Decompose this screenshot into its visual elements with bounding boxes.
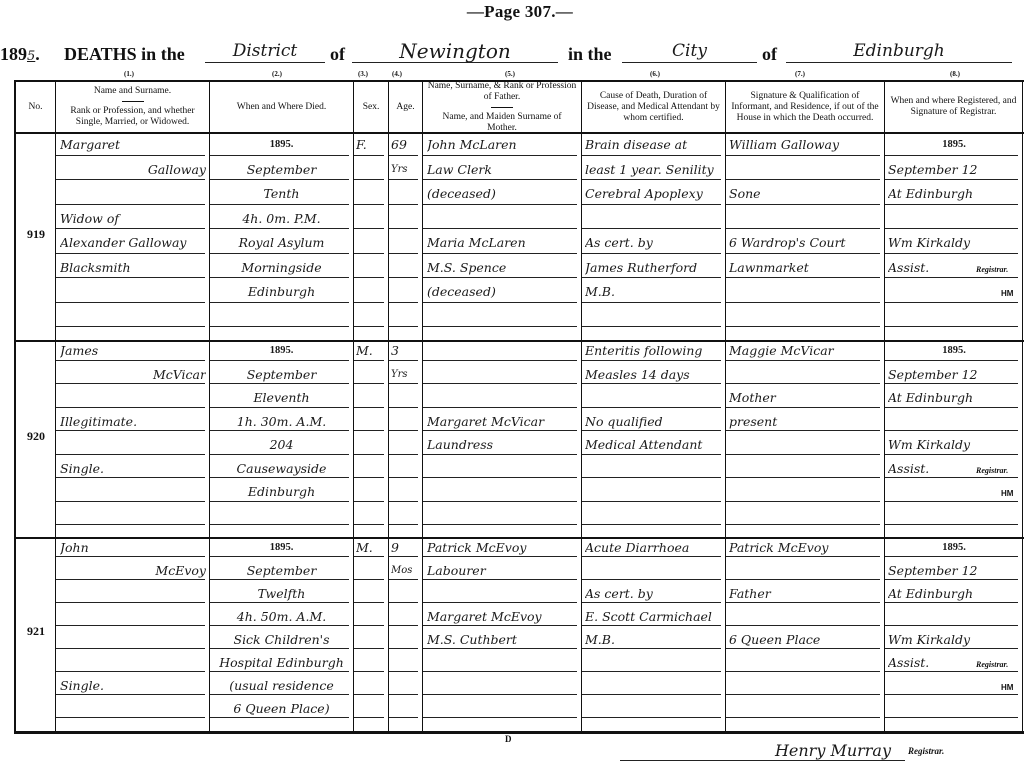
- header-cause: Cause of Death, Duration of Disease, and…: [582, 82, 725, 132]
- informant-line: 6 Wardrop's Court: [729, 235, 882, 251]
- district-type: District: [205, 40, 325, 63]
- parents-line: [427, 390, 579, 406]
- name-line: [60, 508, 206, 524]
- cause-line: M.B.: [585, 284, 723, 300]
- informant-line: [729, 437, 882, 453]
- page-number: —Page 307.—: [430, 2, 610, 22]
- name-line: Single.: [60, 678, 206, 694]
- cause-line: [585, 484, 723, 500]
- name-line: [60, 484, 206, 500]
- name-line: Illegitimate.: [60, 414, 206, 430]
- name-line: [60, 632, 206, 648]
- when-where-line: 6 Queen Place): [212, 701, 351, 717]
- header-when-where: When and Where Died.: [210, 82, 353, 132]
- registered-line: September 12: [888, 162, 1020, 178]
- registered-line: [888, 309, 1020, 325]
- registered-line: At Edinburgh: [888, 390, 1020, 406]
- district-name: Newington: [352, 40, 558, 63]
- name-line: [60, 437, 206, 453]
- age-value: 69: [391, 137, 421, 153]
- name-line: [60, 586, 206, 602]
- registrar-initials: HM: [1001, 286, 1013, 302]
- registered-line: 1895.: [888, 540, 1020, 556]
- register-entry: 920JamesMcVicarIllegitimate.Single.1895.…: [16, 340, 1024, 539]
- sheet-mark: D: [505, 734, 512, 744]
- when-where-line: Twelfth: [212, 586, 351, 602]
- name-line: McEvoy: [60, 563, 206, 579]
- cause-line: Medical Attendant: [585, 437, 723, 453]
- year: 1895.: [0, 44, 40, 65]
- cause-line: [585, 508, 723, 524]
- in-the-label: in the: [568, 44, 612, 65]
- informant-line: [729, 678, 882, 694]
- when-where-line: 4h. 50m. A.M.: [212, 609, 351, 625]
- cause-line: Brain disease at: [585, 137, 723, 153]
- name-line: [60, 655, 206, 671]
- name-line: [60, 609, 206, 625]
- registrar-initials: HM: [1001, 486, 1013, 502]
- column-number: (1.): [124, 70, 134, 78]
- parents-line: Law Clerk: [427, 162, 579, 178]
- when-where-line: Sick Children's: [212, 632, 351, 648]
- when-where-line: Eleventh: [212, 390, 351, 406]
- name-line: Single.: [60, 461, 206, 477]
- when-where-line: September: [212, 162, 351, 178]
- registered-line: [888, 701, 1020, 717]
- cause-line: E. Scott Carmichael: [585, 609, 723, 625]
- name-line: John: [60, 540, 206, 556]
- when-where-line: 1h. 30m. A.M.: [212, 414, 351, 430]
- parents-line: [427, 461, 579, 477]
- informant-line: [729, 367, 882, 383]
- register-entry: 921JohnMcEvoySingle.1895.SeptemberTwelft…: [16, 537, 1024, 733]
- when-where-line: 1895.: [212, 137, 351, 153]
- death-register-table: No. Name and Surname.Rank or Profession,…: [14, 80, 1024, 734]
- name-line: [60, 390, 206, 406]
- parents-line: [427, 701, 579, 717]
- when-where-line: Morningside: [212, 260, 351, 276]
- name-line: Alexander Galloway: [60, 235, 206, 251]
- registered-line: Wm Kirkaldy: [888, 437, 1020, 453]
- name-line: James: [60, 343, 206, 359]
- registered-line: [888, 211, 1020, 227]
- age-unit: Yrs: [391, 162, 421, 178]
- registrar-signature: Henry Murray: [620, 741, 905, 761]
- registered-line: [888, 609, 1020, 625]
- name-line: Widow of: [60, 211, 206, 227]
- when-where-line: 204: [212, 437, 351, 453]
- header-no: No.: [16, 82, 55, 132]
- parents-line: [427, 343, 579, 359]
- parents-line: [427, 309, 579, 325]
- column-number: (2.): [272, 70, 282, 78]
- parents-line: John McLaren: [427, 137, 579, 153]
- parents-line: (deceased): [427, 186, 579, 202]
- informant-line: [729, 461, 882, 477]
- name-line: [60, 701, 206, 717]
- when-where-line: Tenth: [212, 186, 351, 202]
- registered-line: Wm Kirkaldy: [888, 632, 1020, 648]
- informant-line: Lawnmarket: [729, 260, 882, 276]
- informant-line: [729, 701, 882, 717]
- when-where-line: 1895.: [212, 343, 351, 359]
- registrar-label: Registrar.: [908, 746, 944, 756]
- header-parents: Name, Surname, & Rank or Profession of F…: [423, 82, 581, 132]
- when-where-line: September: [212, 563, 351, 579]
- cause-line: [585, 309, 723, 325]
- when-where-line: [212, 309, 351, 325]
- name-line: [60, 186, 206, 202]
- header-age: Age.: [389, 82, 422, 132]
- informant-line: [729, 284, 882, 300]
- registrar-initials: HM: [1001, 680, 1013, 696]
- informant-line: [729, 309, 882, 325]
- entry-number: 921: [16, 624, 56, 639]
- cause-line: As cert. by: [585, 235, 723, 251]
- informant-line: [729, 609, 882, 625]
- parents-line: [427, 586, 579, 602]
- registered-line: Wm Kirkaldy: [888, 235, 1020, 251]
- parents-line: [427, 655, 579, 671]
- registrar-label: Registrar.: [976, 463, 1008, 479]
- when-where-line: Edinburgh: [212, 484, 351, 500]
- when-where-line: (usual residence: [212, 678, 351, 694]
- parents-line: (deceased): [427, 284, 579, 300]
- entry-number: 919: [16, 227, 56, 242]
- informant-line: [729, 563, 882, 579]
- informant-line: present: [729, 414, 882, 430]
- entry-number: 920: [16, 429, 56, 444]
- cause-line: [585, 461, 723, 477]
- header-sex: Sex.: [354, 82, 388, 132]
- registered-line: 1895.: [888, 343, 1020, 359]
- informant-line: Patrick McEvoy: [729, 540, 882, 556]
- informant-line: Maggie McVicar: [729, 343, 882, 359]
- informant-line: [729, 211, 882, 227]
- registrar-label: Registrar.: [976, 262, 1008, 278]
- cause-line: [585, 211, 723, 227]
- informant-line: 6 Queen Place: [729, 632, 882, 648]
- parents-line: [427, 484, 579, 500]
- sex-value: M.: [356, 540, 386, 556]
- cause-line: Measles 14 days: [585, 367, 723, 383]
- cause-line: Enteritis following: [585, 343, 723, 359]
- registered-line: [888, 414, 1020, 430]
- name-line: [60, 284, 206, 300]
- age-unit: Mos: [391, 563, 421, 579]
- age-value: 3: [391, 343, 421, 359]
- age-value: 9: [391, 540, 421, 556]
- column-number: (6.): [650, 70, 660, 78]
- parents-line: Maria McLaren: [427, 235, 579, 251]
- cause-line: As cert. by: [585, 586, 723, 602]
- when-where-line: 1895.: [212, 540, 351, 556]
- parents-line: [427, 367, 579, 383]
- name-line: Margaret: [60, 137, 206, 153]
- name-line: [60, 309, 206, 325]
- when-where-line: 4h. 0m. P.M.: [212, 211, 351, 227]
- registered-line: At Edinburgh: [888, 586, 1020, 602]
- when-where-line: Hospital Edinburgh: [212, 655, 351, 671]
- column-number: (3.): [358, 70, 368, 78]
- sex-value: M.: [356, 343, 386, 359]
- informant-line: [729, 162, 882, 178]
- when-where-line: September: [212, 367, 351, 383]
- when-where-line: Causewayside: [212, 461, 351, 477]
- informant-line: William Galloway: [729, 137, 882, 153]
- parents-line: Patrick McEvoy: [427, 540, 579, 556]
- informant-line: Father: [729, 586, 882, 602]
- cause-line: No qualified: [585, 414, 723, 430]
- registered-line: September 12: [888, 563, 1020, 579]
- when-where-line: [212, 508, 351, 524]
- informant-line: Sone: [729, 186, 882, 202]
- registered-line: At Edinburgh: [888, 186, 1020, 202]
- parents-line: Laundress: [427, 437, 579, 453]
- age-unit: Yrs: [391, 367, 421, 383]
- parents-line: M.S. Cuthbert: [427, 632, 579, 648]
- register-entry: 919MargaretGallowayWidow ofAlexander Gal…: [16, 134, 1024, 342]
- header-registered: When and where Registered, and Signature…: [885, 82, 1022, 132]
- register-title: 1895. DEATHS in the District of Newingto…: [0, 40, 1024, 68]
- sex-value: F.: [356, 137, 386, 153]
- header-informant: Signature & Qualification of Informant, …: [726, 82, 884, 132]
- cause-line: [585, 655, 723, 671]
- cause-line: [585, 390, 723, 406]
- registered-line: September 12: [888, 367, 1020, 383]
- name-line: Galloway: [60, 162, 206, 178]
- parents-line: [427, 508, 579, 524]
- name-line: Blacksmith: [60, 260, 206, 276]
- column-number: (4.): [392, 70, 402, 78]
- cause-line: James Rutherford: [585, 260, 723, 276]
- cause-line: [585, 678, 723, 694]
- name-line: McVicar: [60, 367, 206, 383]
- parents-line: [427, 678, 579, 694]
- informant-line: [729, 655, 882, 671]
- county-name: Edinburgh: [786, 40, 1012, 63]
- when-where-line: Edinburgh: [212, 284, 351, 300]
- cause-line: least 1 year. Senility: [585, 162, 723, 178]
- parents-line: Labourer: [427, 563, 579, 579]
- header-name: Name and Surname.Rank or Profession, and…: [56, 82, 209, 132]
- parents-line: [427, 211, 579, 227]
- registered-line: 1895.: [888, 137, 1020, 153]
- of-label-2: of: [762, 44, 777, 65]
- parents-line: M.S. Spence: [427, 260, 579, 276]
- parents-line: Margaret McVicar: [427, 414, 579, 430]
- informant-line: [729, 508, 882, 524]
- cause-line: Cerebral Apoplexy: [585, 186, 723, 202]
- county-type: City: [622, 40, 757, 63]
- cause-line: M.B.: [585, 632, 723, 648]
- parents-line: Margaret McEvoy: [427, 609, 579, 625]
- cause-line: Acute Diarrhoea: [585, 540, 723, 556]
- column-number: (5.): [505, 70, 515, 78]
- registrar-label: Registrar.: [976, 657, 1008, 673]
- registered-line: [888, 508, 1020, 524]
- column-number: (8.): [950, 70, 960, 78]
- cause-line: [585, 563, 723, 579]
- cause-line: [585, 701, 723, 717]
- informant-line: [729, 484, 882, 500]
- informant-line: Mother: [729, 390, 882, 406]
- deaths-in-the-label: DEATHS in the: [64, 44, 185, 65]
- column-number: (7.): [795, 70, 805, 78]
- when-where-line: Royal Asylum: [212, 235, 351, 251]
- of-label: of: [330, 44, 345, 65]
